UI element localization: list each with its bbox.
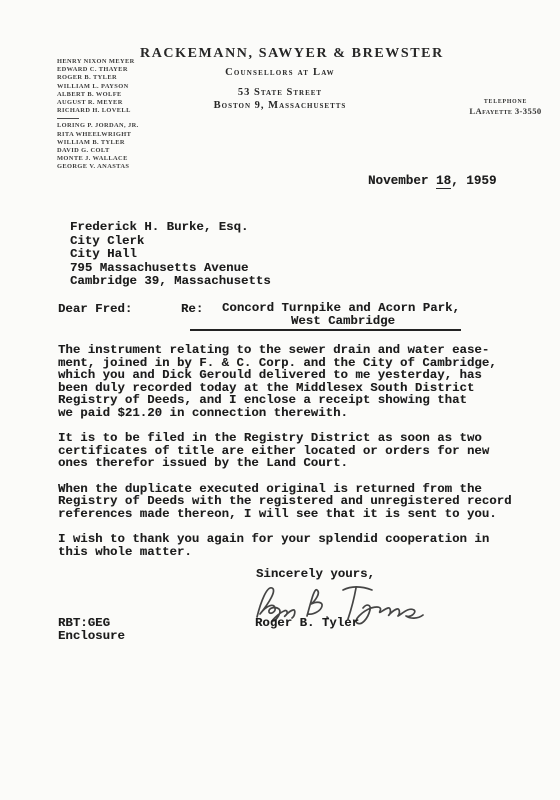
attorney-name: DAVID G. COLT xyxy=(57,147,177,155)
subject-block: Concord Turnpike and Acorn Park, West Ca… xyxy=(222,302,464,328)
body-paragraph-3: When the duplicate executed original is … xyxy=(58,483,528,521)
attorney-list-divider xyxy=(57,118,79,119)
salutation: Dear Fred: xyxy=(58,302,132,316)
enclosure-notation: Enclosure xyxy=(58,629,125,643)
date-month: November xyxy=(368,174,436,188)
date-year: , 1959 xyxy=(451,174,496,188)
subject-underline xyxy=(190,329,461,331)
typed-signature-name: Roger B. Tyler xyxy=(255,616,359,630)
letter-body: The instrument relating to the sewer dra… xyxy=(58,344,528,571)
firm-city-address: Boston 9, Massachusetts xyxy=(140,100,420,111)
attorney-name: MONTE J. WALLACE xyxy=(57,155,177,163)
telephone-label: Telephone xyxy=(458,99,553,105)
attorney-name: RITA WHEELWRIGHT xyxy=(57,131,177,139)
attorney-name: GEORGE V. ANASTAS xyxy=(57,163,177,171)
firm-tagline: Counsellors at Law xyxy=(140,67,420,78)
subject-line2: West Cambridge xyxy=(222,315,464,328)
subject-label: Re: xyxy=(181,302,203,316)
telephone-block: Telephone LAfayette 3-3550 xyxy=(458,99,553,116)
firm-street-address: 53 State Street xyxy=(140,87,420,98)
firm-name: RACKEMANN, SAWYER & BREWSTER xyxy=(140,46,420,62)
telephone-number: LAfayette 3-3550 xyxy=(458,106,553,116)
date-day: 18 xyxy=(436,174,451,189)
letter-document: { "letterhead": { "firm_name": "RACKEMAN… xyxy=(0,0,560,800)
attorney-name: WILLIAM B. TYLER xyxy=(57,139,177,147)
body-paragraph-2: It is to be filed in the Registry Distri… xyxy=(58,432,528,470)
attorney-name: LORING P. JORDAN, JR. xyxy=(57,122,177,130)
letterhead-center: RACKEMANN, SAWYER & BREWSTER Counsellors… xyxy=(140,46,420,111)
body-paragraph-4: I wish to thank you again for your splen… xyxy=(58,533,528,558)
reference-initials: RBT:GEG xyxy=(58,616,110,630)
body-paragraph-1: The instrument relating to the sewer dra… xyxy=(58,344,528,420)
date-line: November 18, 1959 xyxy=(368,174,497,188)
recipient-address-block: Frederick H. Burke, Esq. City Clerk City… xyxy=(70,221,271,289)
